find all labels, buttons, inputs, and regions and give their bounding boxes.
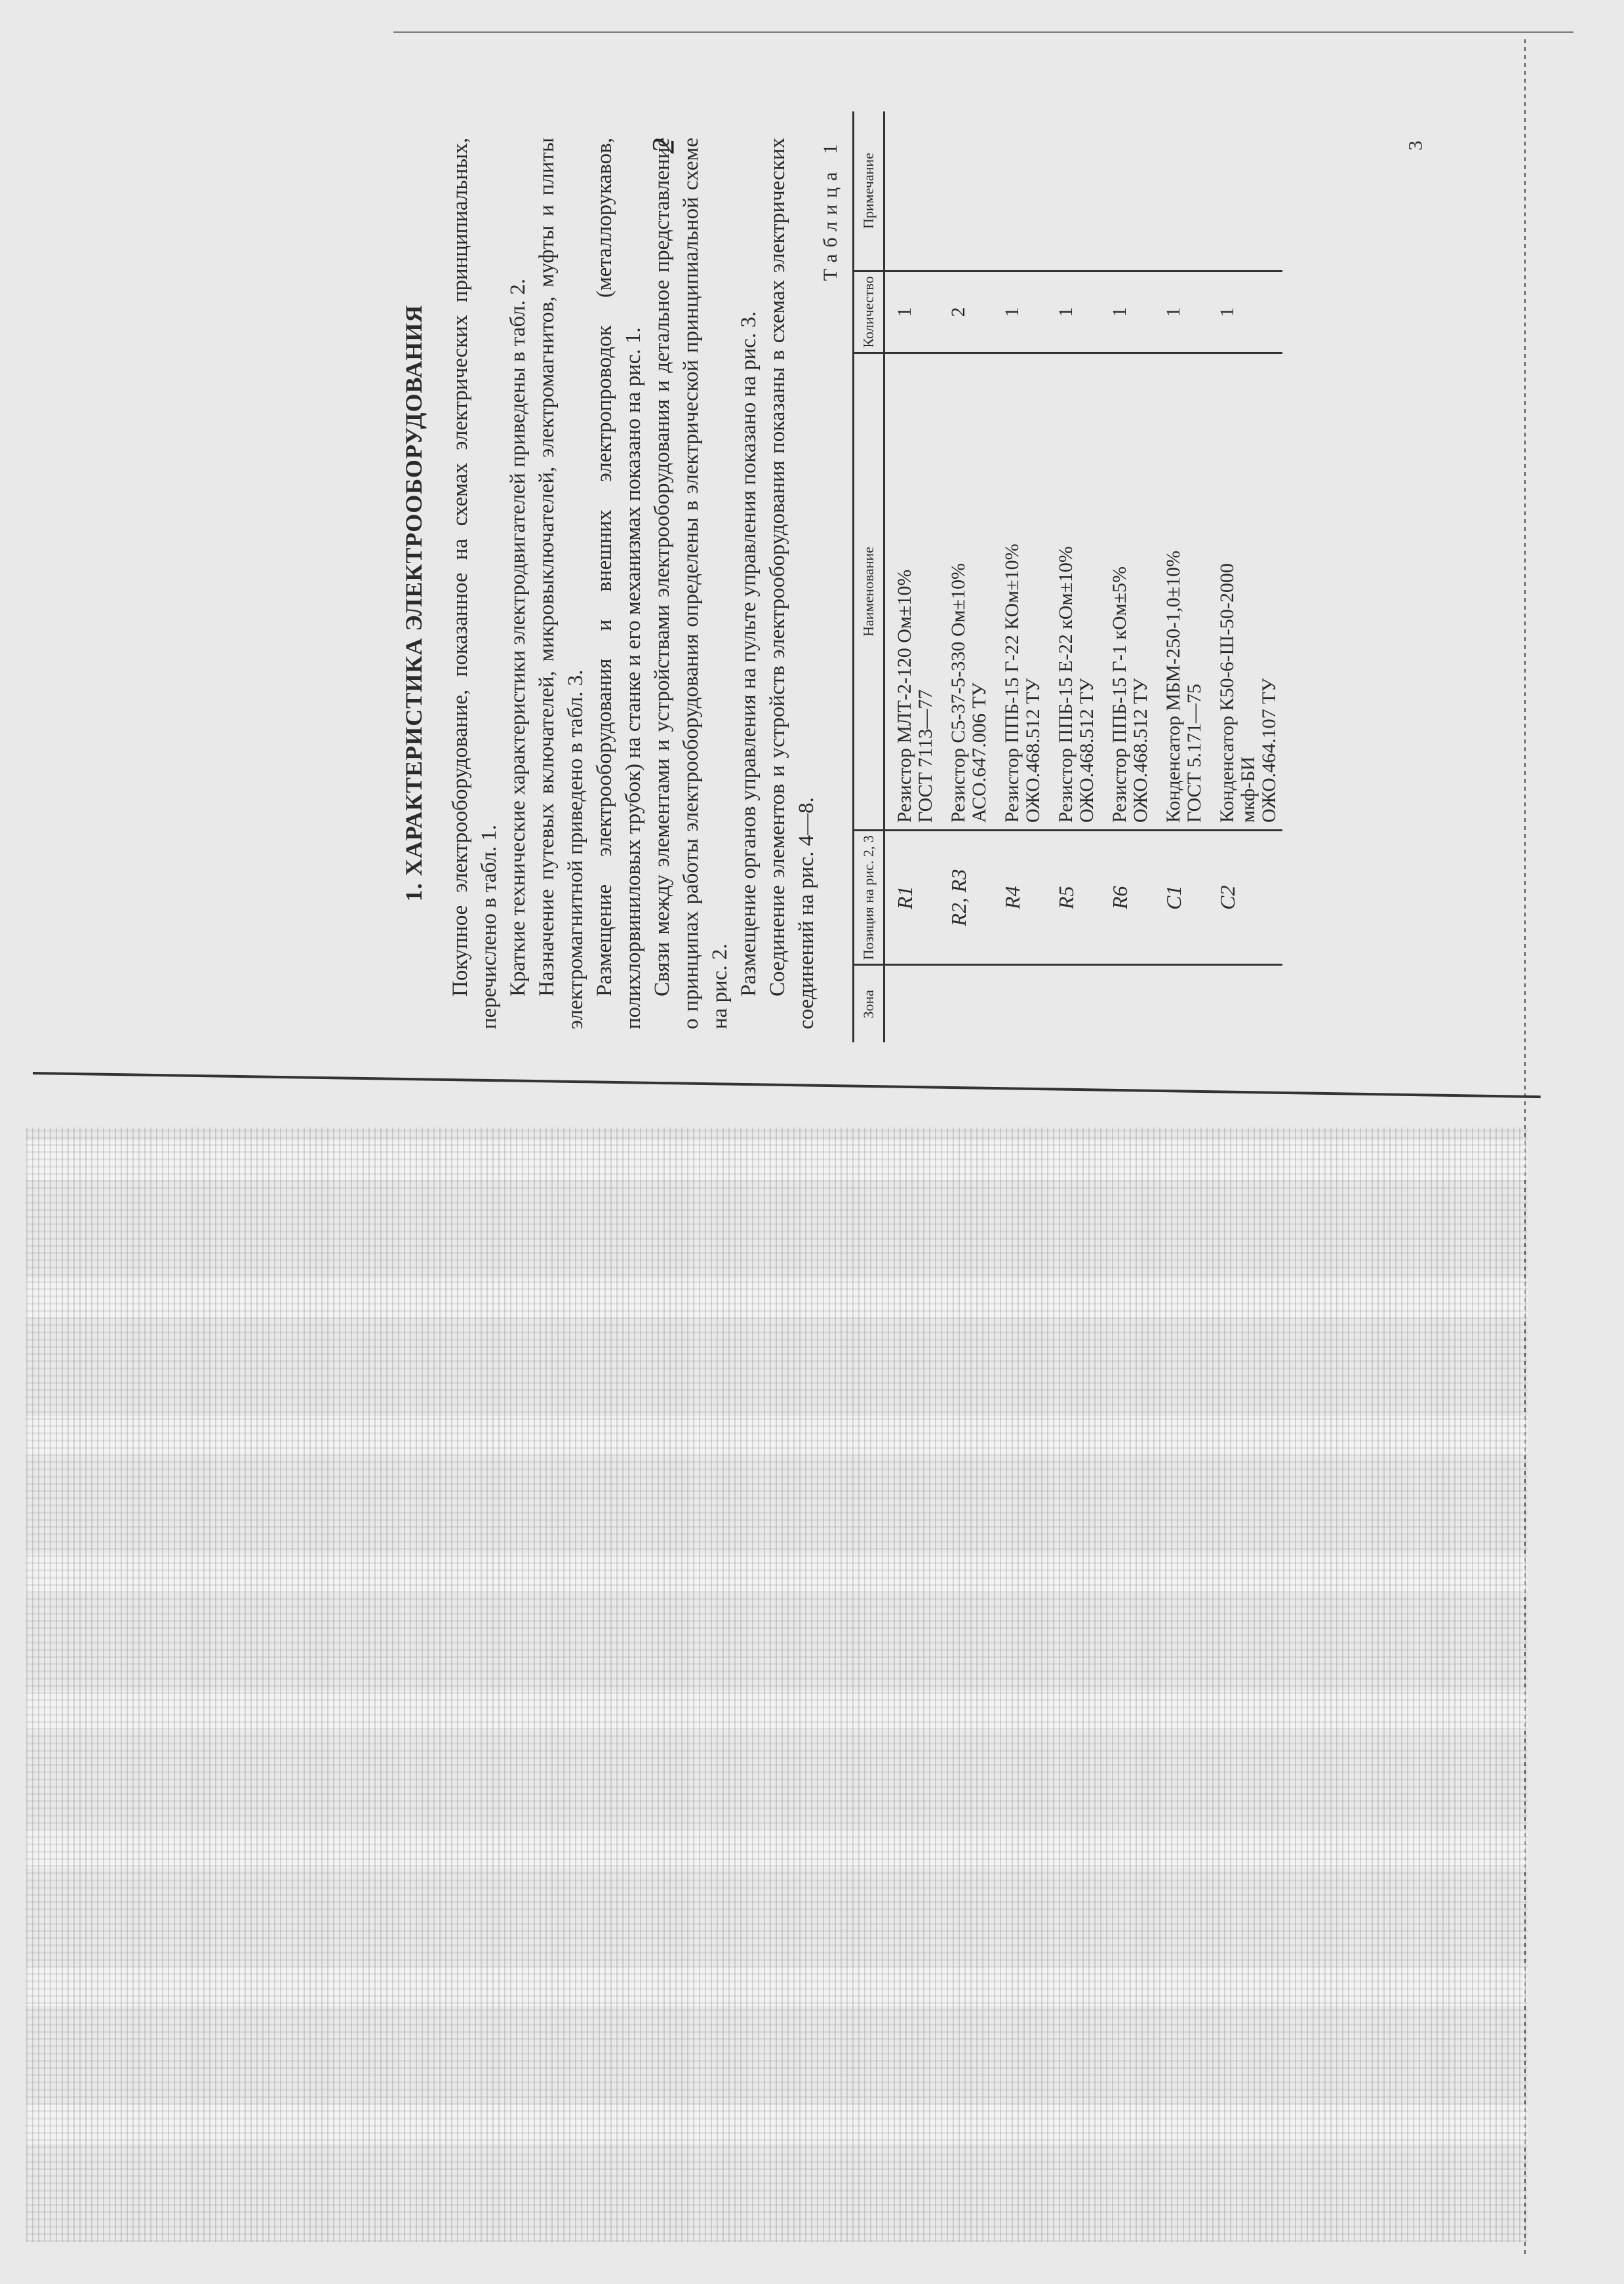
name-line: ГОСТ 7113—77 xyxy=(915,361,936,823)
cell-zone xyxy=(1154,965,1208,1042)
cell-zone xyxy=(1046,965,1100,1042)
cell-zone xyxy=(993,965,1046,1042)
table-row: R4 Резистор ППБ-15 Г-22 КОм±10% ОЖО.468.… xyxy=(993,111,1046,1042)
cell-name: Резистор МЛТ-2-120 Ом±10% ГОСТ 7113—77 xyxy=(884,353,940,830)
components-table: Зона Позиция на рис. 2, 3 Наименование К… xyxy=(852,111,1282,1042)
name-line: ОЖО.468.512 ТУ xyxy=(1130,361,1151,823)
cell-note xyxy=(1208,111,1282,271)
cell-position: R6 xyxy=(1100,831,1154,965)
cell-zone xyxy=(1100,965,1154,1042)
table-row: R1 Резистор МЛТ-2-120 Ом±10% ГОСТ 7113—7… xyxy=(884,111,940,1042)
paragraph: Покупное электрооборудование, показанное… xyxy=(446,138,504,1029)
table-header-row: Зона Позиция на рис. 2, 3 Наименование К… xyxy=(854,111,884,1042)
name-line: ОЖО.468.512 ТУ xyxy=(1023,361,1044,823)
page-fold-line xyxy=(33,1072,1541,1098)
table-row: R5 Резистор ППБ-15 Е-22 кОм±10% ОЖО.468.… xyxy=(1046,111,1100,1042)
paragraph: Краткие технические характеристики элект… xyxy=(504,138,532,1029)
cell-position: R2, R3 xyxy=(939,831,993,965)
paragraph: Размещение органов управления на пульте … xyxy=(734,138,763,1029)
cell-position: C2 xyxy=(1208,831,1282,965)
name-line: Конденсатор К50-6-Ш-50-2000 xyxy=(1217,361,1238,823)
cell-note xyxy=(1100,111,1154,271)
name-line: Резистор МЛТ-2-120 Ом±10% xyxy=(894,361,915,823)
cell-quantity: 1 xyxy=(884,271,940,353)
cell-position: C1 xyxy=(1154,831,1208,965)
cell-zone xyxy=(1208,965,1282,1042)
cell-position: R4 xyxy=(993,831,1046,965)
name-line: ОЖО.468.512 ТУ xyxy=(1077,361,1098,823)
cell-zone xyxy=(884,965,940,1042)
paragraph: Назначение путевых включателей, микровык… xyxy=(532,138,590,1029)
name-line: Резистор ППБ-15 Г-1 кОм±5% xyxy=(1109,361,1130,823)
paragraph: Соединение элементов и устройств электро… xyxy=(763,138,821,1029)
scan-top-edge xyxy=(393,31,1574,33)
cell-quantity: 1 xyxy=(1100,271,1154,353)
table-row: C1 Конденсатор МБМ-250-1,0±10% ГОСТ 5.17… xyxy=(1154,111,1208,1042)
name-line: Резистор С5-37-5-330 Ом±10% xyxy=(948,361,969,823)
paragraph: Связи между элементами и устройствами эл… xyxy=(648,138,734,1029)
cell-quantity: 1 xyxy=(1208,271,1282,353)
name-line: ОЖО.464.107 ТУ xyxy=(1259,361,1280,823)
table-row: R6 Резистор ППБ-15 Г-1 кОм±5% ОЖО.468.51… xyxy=(1100,111,1154,1042)
bleed-through-noise xyxy=(26,1128,1528,2242)
cell-note xyxy=(939,111,993,271)
cell-quantity: 2 xyxy=(939,271,993,353)
cell-name: Резистор С5-37-5-330 Ом±10% АСО.647.006 … xyxy=(939,353,993,830)
header-zone: Зона xyxy=(854,965,884,1042)
cell-name: Резистор ППБ-15 Г-22 КОм±10% ОЖО.468.512… xyxy=(993,353,1046,830)
body-text: Покупное электрооборудование, показанное… xyxy=(446,138,821,1029)
cell-zone xyxy=(939,965,993,1042)
cell-quantity: 1 xyxy=(993,271,1046,353)
header-note: Примечание xyxy=(854,111,884,271)
name-line: ГОСТ 5.171—75 xyxy=(1184,361,1205,823)
cell-note xyxy=(993,111,1046,271)
cell-quantity: 1 xyxy=(1154,271,1208,353)
name-line: АСО.647.006 ТУ xyxy=(969,361,990,823)
table-row: R2, R3 Резистор С5-37-5-330 Ом±10% АСО.6… xyxy=(939,111,993,1042)
table-caption: Таблица 1 xyxy=(820,138,842,281)
cell-note xyxy=(884,111,940,271)
cell-name: Конденсатор МБМ-250-1,0±10% ГОСТ 5.171—7… xyxy=(1154,353,1208,830)
cell-quantity: 1 xyxy=(1046,271,1100,353)
rotated-page-content: 1. ХАРАКТЕРИСТИКА ЭЛЕКТРООБОРУДОВАНИЯ По… xyxy=(393,131,1416,1049)
header-position: Позиция на рис. 2, 3 xyxy=(854,831,884,965)
cell-name: Резистор ППБ-15 Е-22 кОм±10% ОЖО.468.512… xyxy=(1046,353,1100,830)
cell-name: Резистор ППБ-15 Г-1 кОм±5% ОЖО.468.512 Т… xyxy=(1100,353,1154,830)
cell-note xyxy=(1046,111,1100,271)
cell-note xyxy=(1154,111,1208,271)
paragraph: Размещение электрооборудования и внешних… xyxy=(590,138,648,1029)
table-row: C2 Конденсатор К50-6-Ш-50-2000 мкф-БИ ОЖ… xyxy=(1208,111,1282,1042)
header-quantity: Количество xyxy=(854,271,884,353)
cell-position: R1 xyxy=(884,831,940,965)
name-line: Резистор ППБ-15 Е-22 кОм±10% xyxy=(1056,361,1077,823)
cell-name: Конденсатор К50-6-Ш-50-2000 мкф-БИ ОЖО.4… xyxy=(1208,353,1282,830)
cell-position: R5 xyxy=(1046,831,1100,965)
section-title: 1. ХАРАКТЕРИСТИКА ЭЛЕКТРООБОРУДОВАНИЯ xyxy=(400,177,427,1029)
name-line: Резистор ППБ-15 Г-22 КОм±10% xyxy=(1002,361,1023,823)
header-name: Наименование xyxy=(854,353,884,830)
name-line: мкф-БИ xyxy=(1238,361,1259,823)
name-line: Конденсатор МБМ-250-1,0±10% xyxy=(1163,361,1184,823)
